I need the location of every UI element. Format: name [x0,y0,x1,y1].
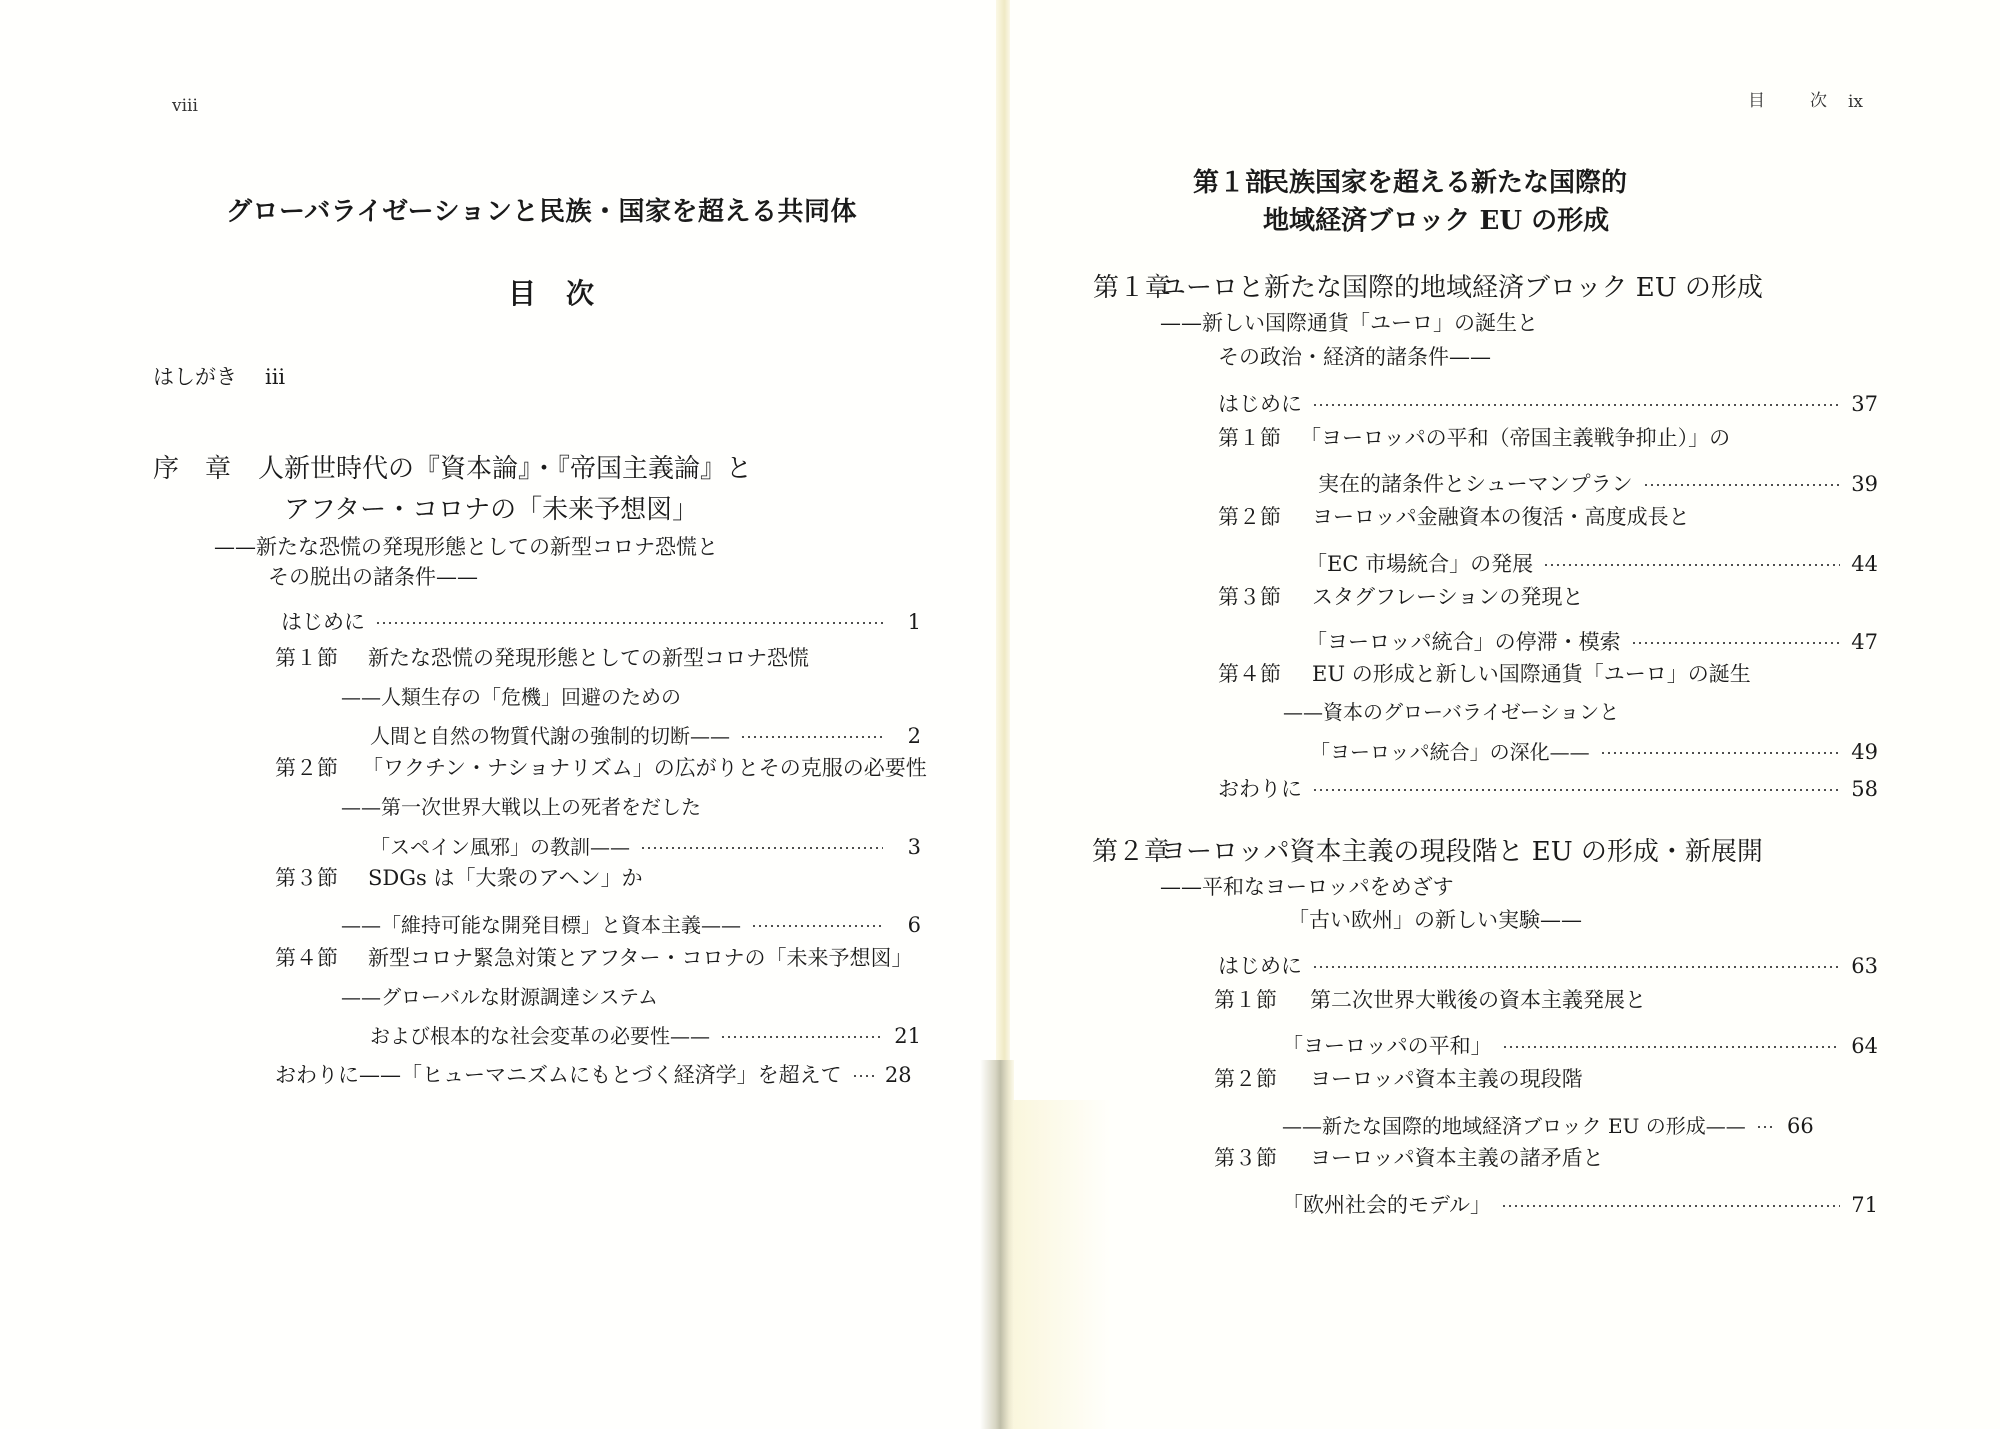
dot-leader [720,1029,883,1045]
toc-entry[interactable]: 「スペイン風邪」の教訓—— 3 [370,831,921,860]
toc-entry[interactable]: はじめに 1 [281,606,921,636]
section-label: 第４節 [1218,664,1281,685]
right-page: 目 次 ix 第１部 民族国家を超える新たな国際的 地域経済ブロック EU の形… [1000,0,2000,1429]
toc-entry[interactable]: 「ヨーロッパの平和」 64 [1282,1030,1878,1060]
entry-page: 66 [1786,1114,1814,1138]
dot-leader [751,918,883,934]
section-title[interactable]: 第二次世界大戦後の資本主義発展と [1310,990,1646,1011]
section-label: 第１節 [1218,428,1281,449]
part-title-line2: 地域経済ブロック EU の形成 [1263,208,1609,234]
section-subtitle-line2: 「スペイン風邪」の教訓—— [370,831,630,860]
entry-page: 64 [1850,1034,1878,1058]
section-subtitle: 「ヨーロッパ統合」の停滞・模索 [1306,626,1621,656]
section-subtitle: ——人類生存の「危機」回避のための [341,687,681,707]
section-subtitle: ——「維持可能な開発目標」と資本主義—— [341,909,741,938]
section-subtitle: ——新たな国際的地域経済ブロック EU の形成—— [1282,1110,1746,1139]
toc-entry[interactable]: 「ヨーロッパ統合」の停滞・模索 47 [1306,626,1878,656]
section-subtitle: ——資本のグローバライゼーションと [1283,702,1619,722]
toc-heading: 目次 [508,280,624,308]
section-subtitle: 実在的諸条件とシューマンプラン [1318,468,1633,498]
section-subtitle: 「EC 市場統合」の発展 [1306,548,1533,578]
running-head: 目 次 [1748,93,1841,110]
preface-page: iii [265,365,285,389]
entry-page: 2 [893,724,921,748]
section-subtitle: ——第一次世界大戦以上の死者をだした [341,797,701,817]
dot-leader [1312,782,1840,798]
entry-title: はじめに [1218,388,1302,418]
toc-entry[interactable]: 「欧州社会的モデル」 71 [1282,1189,1878,1219]
entry-page: 71 [1850,1193,1878,1217]
intro-chapter-subtitle-line2: その脱出の諸条件—— [268,567,478,588]
section-title[interactable]: ヨーロッパ資本主義の諸矛盾と [1310,1148,1604,1169]
chapter-2-title[interactable]: ヨーロッパ資本主義の現段階と EU の形成・新展開 [1160,839,1763,865]
toc-entry[interactable]: 人間と自然の物質代謝の強制的切断—— 2 [370,720,921,749]
part-label: 第１部 [1193,170,1271,196]
section-title[interactable]: スタグフレーションの発現と [1312,587,1583,608]
section-title[interactable]: 新たな恐慌の発現形態としての新型コロナ恐慌 [368,648,809,669]
dot-leader [852,1068,874,1084]
dot-leader [640,840,883,856]
chapter-2-label: 第２章 [1092,839,1170,865]
section-label: 第１節 [1214,990,1277,1011]
dot-leader [1600,745,1840,761]
section-title[interactable]: 「ヨーロッパの平和（帝国主義戦争抑止）」の [1300,428,1730,449]
section-label: 第２節 [1218,507,1281,528]
toc-entry[interactable]: おわりに——「ヒューマニズムにもとづく経済学」を超えて 28 [275,1059,921,1089]
section-subtitle-line2: 人間と自然の物質代謝の強制的切断—— [370,720,730,749]
toc-entry[interactable]: 「ヨーロッパ統合」の深化—— 49 [1310,736,1878,765]
toc-entry-preface[interactable]: はしがき iii [153,361,285,391]
entry-page: 37 [1850,392,1878,416]
entry-page: 21 [893,1024,921,1048]
section-subtitle-line2: 「ヨーロッパ統合」の深化—— [1310,736,1590,765]
dot-leader [1643,477,1840,493]
entry-page: 47 [1850,630,1878,654]
toc-entry[interactable]: おわりに 58 [1218,773,1878,803]
intro-chapter-title[interactable]: 人新世時代の『資本論』・『帝国主義論』と [258,456,752,482]
entry-page: 39 [1850,472,1878,496]
entry-title: はじめに [281,606,365,636]
toc-entry[interactable]: はじめに 37 [1218,388,1878,418]
entry-title: おわりに——「ヒューマニズムにもとづく経済学」を超えて [275,1059,842,1089]
chapter-2-subtitle: ——平和なヨーロッパをめざす [1160,877,1454,898]
dot-leader [740,729,883,745]
left-page: viii グローバライゼーションと民族・国家を超える共同体 目次 はしがき ii… [0,0,1000,1429]
entry-page: 44 [1850,552,1878,576]
toc-entry[interactable]: ——「維持可能な開発目標」と資本主義—— 6 [341,909,921,938]
toc-entry[interactable]: 実在的諸条件とシューマンプラン 39 [1318,468,1878,498]
section-subtitle: 「ヨーロッパの平和」 [1282,1030,1492,1060]
chapter-1-title[interactable]: ユーロと新たな国際的地域経済ブロック EU の形成 [1160,275,1763,301]
entry-title: はじめに [1218,950,1302,980]
toc-entry[interactable]: ——新たな国際的地域経済ブロック EU の形成—— 66 [1282,1110,1878,1139]
section-title[interactable]: SDGs は「大衆のアヘン」か [368,868,643,889]
entry-title: おわりに [1218,773,1302,803]
page-tint [1010,1100,1110,1429]
preface-label: はしがき [153,361,237,391]
toc-entry[interactable]: 「EC 市場統合」の発展 44 [1306,548,1878,578]
intro-chapter-title-line2: アフター・コロナの「未来予想図」 [284,497,698,523]
section-label: 第１節 [275,648,338,669]
dot-leader [1501,1198,1840,1214]
toc-entry[interactable]: はじめに 63 [1218,950,1878,980]
dot-leader [375,615,883,631]
part-title: 民族国家を超える新たな国際的 [1263,170,1627,196]
dot-leader [1543,557,1840,573]
chapter-1-subtitle: ——新しい国際通貨「ユーロ」の誕生と [1160,313,1538,334]
section-subtitle-line2: および根本的な社会変革の必要性—— [370,1020,710,1049]
section-label: 第３節 [1218,587,1281,608]
intro-chapter-label: 序 章 [153,456,231,482]
entry-page: 63 [1850,954,1878,978]
dot-leader [1502,1039,1840,1055]
entry-page: 6 [893,913,921,937]
entry-page: 58 [1850,777,1878,801]
entry-page: 49 [1850,740,1878,764]
section-label: 第３節 [1214,1148,1277,1169]
section-title[interactable]: ヨーロッパ資本主義の現段階 [1310,1069,1583,1090]
toc-entry[interactable]: および根本的な社会変革の必要性—— 21 [370,1020,921,1049]
section-subtitle: ——グローバルな財源調達システム [341,987,658,1007]
section-label: 第４節 [275,948,338,969]
dot-leader [1312,959,1840,975]
entry-page: 3 [893,835,921,859]
entry-page: 28 [884,1063,912,1087]
section-title[interactable]: ヨーロッパ金融資本の復活・高度成長と [1312,507,1690,528]
section-label: 第２節 [275,758,338,779]
book-title: グローバライゼーションと民族・国家を超える共同体 [226,199,857,225]
chapter-2-subtitle-line2: 「古い欧州」の新しい実験—— [1288,910,1582,931]
section-label: 第３節 [275,868,338,889]
intro-chapter-subtitle: ——新たな恐慌の発現形態としての新型コロナ恐慌と [214,537,718,558]
chapter-1-subtitle-line2: その政治・経済的諸条件—— [1218,347,1491,368]
dot-leader [1756,1119,1776,1135]
dot-leader [1631,635,1840,651]
section-title[interactable]: 「ワクチン・ナショナリズム」の広がりとその克服の必要性 [362,758,927,779]
entry-page: 1 [893,610,921,634]
left-folio: viii [172,98,198,115]
section-title[interactable]: 新型コロナ緊急対策とアフター・コロナの「未来予想図」 [368,948,913,969]
right-folio: ix [1848,94,1863,111]
section-label: 第２節 [1214,1069,1277,1090]
section-title[interactable]: EU の形成と新しい国際通貨「ユーロ」の誕生 [1312,664,1751,685]
gutter-shadow [980,1060,1014,1429]
dot-leader [1312,397,1840,413]
section-subtitle: 「欧州社会的モデル」 [1282,1189,1491,1219]
